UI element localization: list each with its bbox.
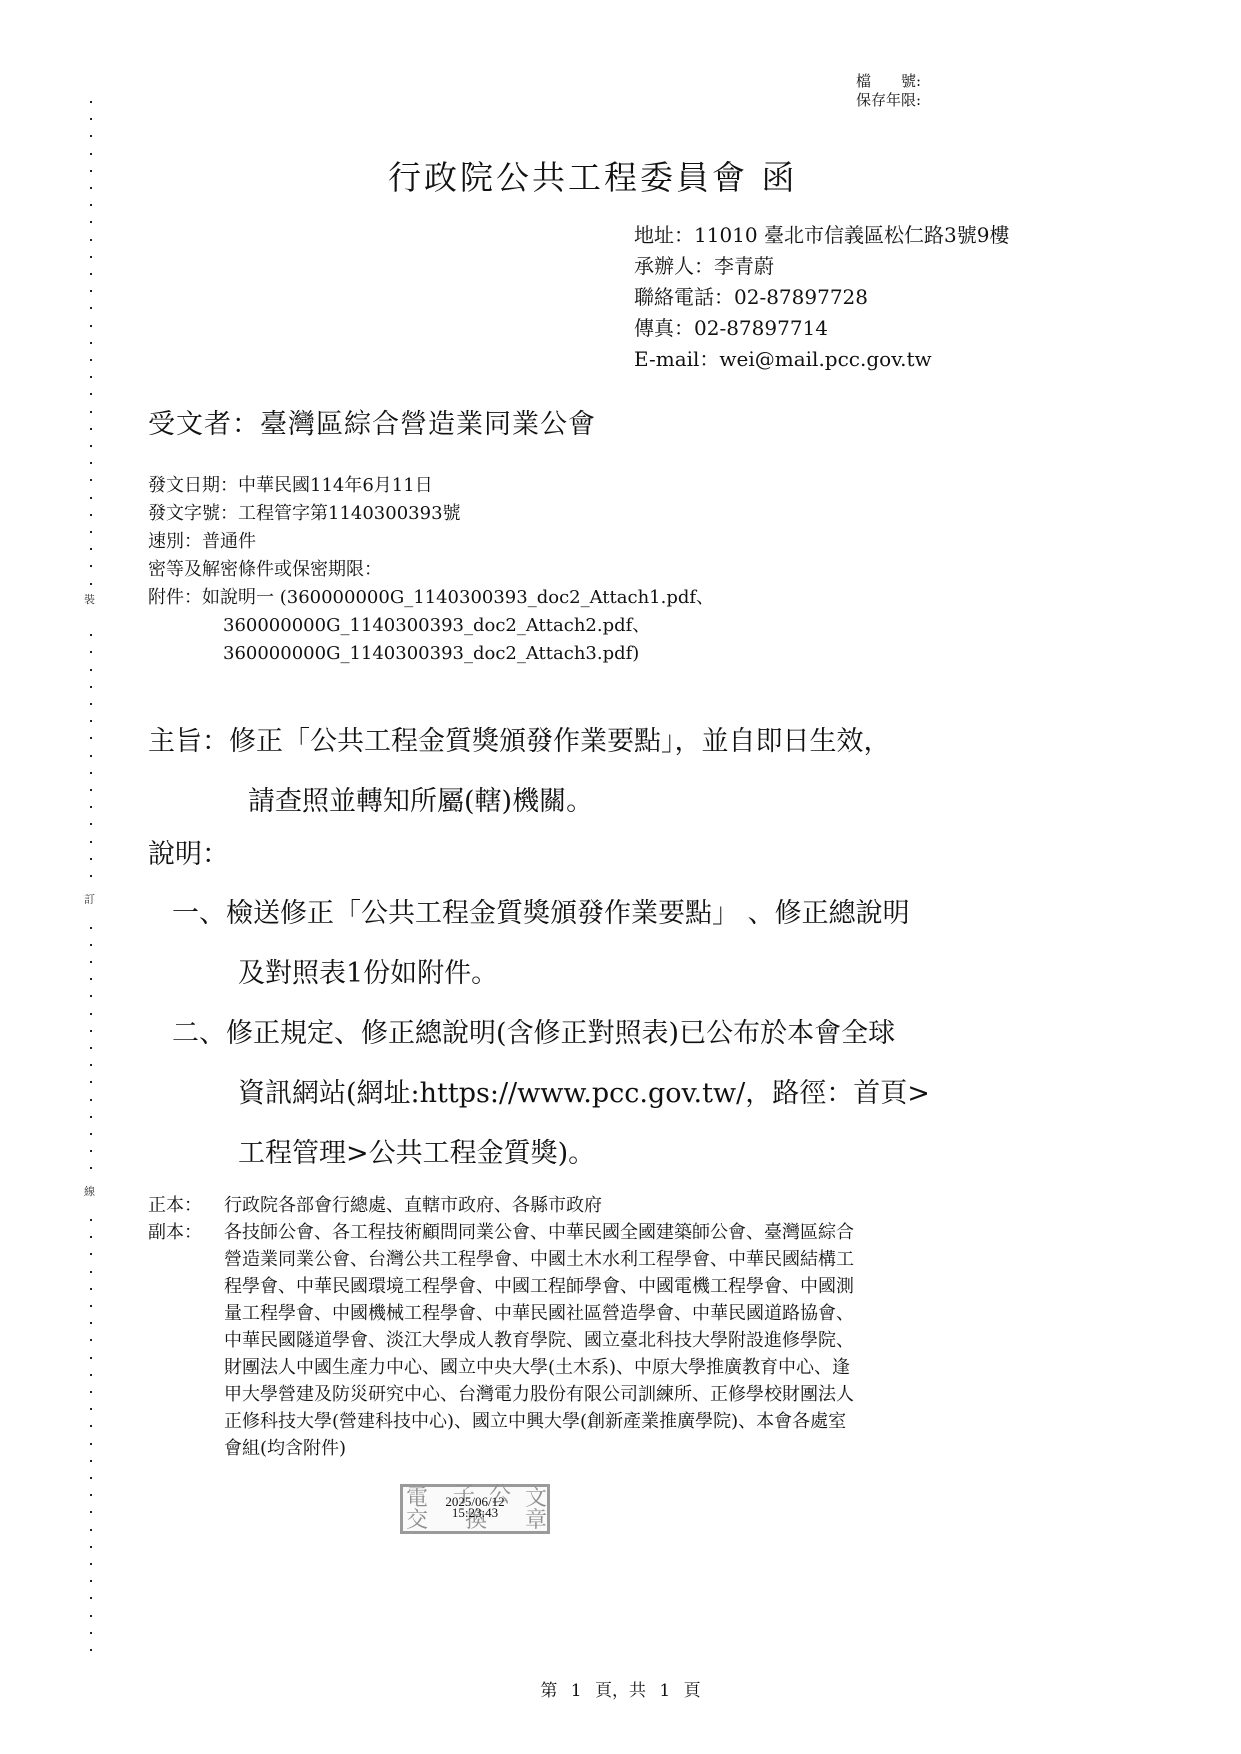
margin-mark-bind: 裝	[84, 594, 95, 606]
margin-dot	[90, 1632, 92, 1634]
margin-dot	[90, 1563, 92, 1565]
margin-dot	[90, 772, 92, 774]
margin-dot	[90, 1546, 92, 1548]
handler: 承辦人：李青蔚	[634, 251, 1009, 282]
email: E-mail：wei@mail.pcc.gov.tw	[634, 344, 1009, 375]
margin-dot	[90, 841, 92, 843]
margin-dot	[90, 204, 92, 206]
margin-dot	[90, 1477, 92, 1479]
original-recipients: 正本： 行政院各部會行總處、直轄市政府、各縣市政府	[148, 1192, 854, 1219]
phone: 聯絡電話：02-87897728	[634, 282, 1009, 313]
margin-dot	[90, 1150, 92, 1152]
contact-block: 地址：11010 臺北市信義區松仁路3號9樓 承辦人：李青蔚 聯絡電話：02-8…	[634, 220, 1009, 375]
document-meta: 發文日期：中華民國114年6月11日 發文字號：工程管字第1140300393號…	[148, 472, 714, 668]
copy-line: 財團法人中國生產力中心、國立中央大學(土木系)、中原大學推廣教育中心、逢	[224, 1354, 854, 1381]
explanation-item-1: 一、檢送修正「公共工程金質獎頒發作業要點」 、修正總說明 及對照表1份如附件。	[172, 884, 930, 1004]
margin-dot	[90, 583, 92, 585]
margin-dot	[90, 239, 92, 241]
original-list: 行政院各部會行總處、直轄市政府、各縣市政府	[224, 1192, 602, 1219]
margin-dot	[90, 1322, 92, 1324]
retention-label: 保存年限:	[856, 91, 921, 110]
binding-margin: 裝 訂 線	[88, 98, 94, 1668]
copy-line: 各技師公會、各工程技術顧問同業公會、中華民國全國建築師公會、臺灣區綜合	[224, 1219, 854, 1246]
margin-dot	[90, 187, 92, 189]
doc-number: 發文字號：工程管字第1140300393號	[148, 500, 714, 528]
document-title: 行政院公共工程委員會 函	[388, 152, 798, 199]
margin-dot	[90, 686, 92, 688]
margin-dot	[90, 806, 92, 808]
margin-dot	[90, 1443, 92, 1445]
margin-dot	[90, 170, 92, 172]
margin-dot	[90, 1374, 92, 1376]
copy-line: 營造業同業公會、台灣公共工程學會、中國土木水利工程學會、中華民國結構工	[224, 1246, 854, 1273]
margin-dot	[90, 961, 92, 963]
issue-date: 發文日期：中華民國114年6月11日	[148, 472, 714, 500]
margin-dot	[90, 1494, 92, 1496]
margin-dot	[90, 651, 92, 653]
margin-dot	[90, 1236, 92, 1238]
explanation-item-2: 二、修正規定、修正總說明(含修正對照表)已公布於本會全球 資訊網站(網址:htt…	[172, 1004, 930, 1184]
margin-dot	[90, 565, 92, 567]
margin-dot	[90, 1529, 92, 1531]
classification: 密等及解密條件或保密期限：	[148, 556, 714, 584]
recipient: 受文者：臺灣區綜合營造業同業公會	[148, 402, 596, 441]
margin-dot	[90, 1271, 92, 1273]
margin-dot	[90, 669, 92, 671]
subject: 主旨：修正「公共工程金質獎頒發作業要點」，並自即日生效， 請查照並轉知所屬(轄)…	[148, 712, 891, 832]
margin-dot	[90, 445, 92, 447]
margin-dot	[90, 531, 92, 533]
margin-dot	[90, 858, 92, 860]
explanation-line: 及對照表1份如附件。	[172, 944, 930, 1004]
margin-dot	[90, 1597, 92, 1599]
margin-dot	[90, 720, 92, 722]
margin-dot	[90, 755, 92, 757]
margin-dot	[90, 548, 92, 550]
margin-dot	[90, 1357, 92, 1359]
explanation-heading: 說明：	[148, 832, 229, 871]
copy-recipients: 副本： 各技師公會、各工程技術顧問同業公會、中華民國全國建築師公會、臺灣區綜合 …	[148, 1219, 854, 1462]
margin-dot	[90, 514, 92, 516]
explanation-list: 一、檢送修正「公共工程金質獎頒發作業要點」 、修正總說明 及對照表1份如附件。 …	[172, 884, 930, 1184]
electronic-exchange-stamp: 電 子 公 文 交 換 章 2025/06/12 15:23:43	[400, 1484, 550, 1534]
copy-line: 中華民國隧道學會、淡江大學成人教育學院、國立臺北科技大學附設進修學院、	[224, 1327, 854, 1354]
margin-dot	[90, 1425, 92, 1427]
margin-mark-staple: 訂	[84, 894, 95, 906]
margin-dot	[90, 118, 92, 120]
copy-line: 甲大學營建及防災研究中心、台灣電力股份有限公司訓練所、正修學校財團法人	[224, 1381, 854, 1408]
margin-dot	[90, 1339, 92, 1341]
margin-dot	[90, 927, 92, 929]
margin-dot	[90, 359, 92, 361]
margin-dot	[90, 1253, 92, 1255]
explanation-line: 資訊網站(網址:https://www.pcc.gov.tw/，路徑：首頁>	[172, 1064, 930, 1124]
margin-dot	[90, 978, 92, 980]
margin-dot	[90, 944, 92, 946]
margin-dot	[90, 1288, 92, 1290]
margin-dot	[90, 479, 92, 481]
margin-dot	[90, 1511, 92, 1513]
margin-dot	[90, 342, 92, 344]
margin-dot	[90, 411, 92, 413]
margin-dot	[90, 256, 92, 258]
margin-dot	[90, 1133, 92, 1135]
margin-dot	[90, 737, 92, 739]
margin-dot	[90, 1167, 92, 1169]
margin-dot	[90, 1580, 92, 1582]
speed: 速別：普通件	[148, 528, 714, 556]
explanation-line: 工程管理>公共工程金質獎)。	[172, 1124, 930, 1184]
attachments-line: 360000000G_1140300393_doc2_Attach3.pdf)	[148, 640, 714, 668]
margin-dot	[90, 634, 92, 636]
copy-list: 各技師公會、各工程技術顧問同業公會、中華民國全國建築師公會、臺灣區綜合 營造業同…	[224, 1219, 854, 1462]
margin-dot	[90, 428, 92, 430]
margin-dot	[90, 703, 92, 705]
file-number-label: 檔 號:	[856, 72, 921, 91]
margin-dot	[90, 1013, 92, 1015]
margin-dot	[90, 1116, 92, 1118]
margin-dot	[90, 325, 92, 327]
margin-dot	[90, 462, 92, 464]
page-footer: 第 1 頁，共 1 頁	[0, 1676, 1241, 1701]
margin-dot	[90, 1649, 92, 1651]
margin-dot	[90, 1081, 92, 1083]
margin-dot	[90, 393, 92, 395]
margin-dot	[90, 1305, 92, 1307]
margin-dot	[90, 101, 92, 103]
margin-dot	[90, 823, 92, 825]
subject-line: 請查照並轉知所屬(轄)機關。	[148, 772, 891, 832]
margin-dot	[90, 1030, 92, 1032]
address: 地址：11010 臺北市信義區松仁路3號9樓	[634, 220, 1009, 251]
margin-dot	[90, 153, 92, 155]
explanation-line: 一、檢送修正「公共工程金質獎頒發作業要點」 、修正總說明	[172, 884, 930, 944]
margin-dot	[90, 1391, 92, 1393]
margin-dot	[90, 307, 92, 309]
margin-dot	[90, 1219, 92, 1221]
copy-line: 量工程學會、中國機械工程學會、中華民國社區營造學會、中華民國道路協會、	[224, 1300, 854, 1327]
distribution: 正本： 行政院各部會行總處、直轄市政府、各縣市政府 副本： 各技師公會、各工程技…	[148, 1192, 854, 1462]
margin-dot	[90, 497, 92, 499]
margin-dot	[90, 875, 92, 877]
copy-line: 會組(均含附件)	[224, 1435, 854, 1462]
margin-dot	[90, 1047, 92, 1049]
margin-dot	[90, 1064, 92, 1066]
margin-dot	[90, 376, 92, 378]
margin-dot	[90, 221, 92, 223]
original-label: 正本：	[148, 1192, 224, 1219]
margin-dot	[90, 290, 92, 292]
margin-mark-line: 線	[84, 1186, 95, 1198]
margin-dot	[90, 135, 92, 137]
margin-dot	[90, 1460, 92, 1462]
attachments-line: 附件：如說明一 (360000000G_1140300393_doc2_Atta…	[148, 584, 714, 612]
margin-dot	[90, 1408, 92, 1410]
copy-line: 正修科技大學(營建科技中心)、國立中興大學(創新產業推廣學院)、本會各處室	[224, 1408, 854, 1435]
copy-line: 程學會、中華民國環境工程學會、中國工程師學會、中國電機工程學會、中國測	[224, 1273, 854, 1300]
margin-dot	[90, 1615, 92, 1617]
stamp-time: 15:23:43	[403, 1506, 547, 1519]
margin-dot	[90, 1099, 92, 1101]
copy-label: 副本：	[148, 1219, 224, 1462]
subject-line: 主旨：修正「公共工程金質獎頒發作業要點」，並自即日生效，	[148, 712, 891, 772]
explanation-line: 二、修正規定、修正總說明(含修正對照表)已公布於本會全球	[172, 1004, 930, 1064]
margin-dot	[90, 995, 92, 997]
attachments-line: 360000000G_1140300393_doc2_Attach2.pdf、	[148, 612, 714, 640]
file-info: 檔 號: 保存年限:	[856, 72, 921, 110]
margin-dot	[90, 273, 92, 275]
margin-dot	[90, 789, 92, 791]
fax: 傳真：02-87897714	[634, 313, 1009, 344]
